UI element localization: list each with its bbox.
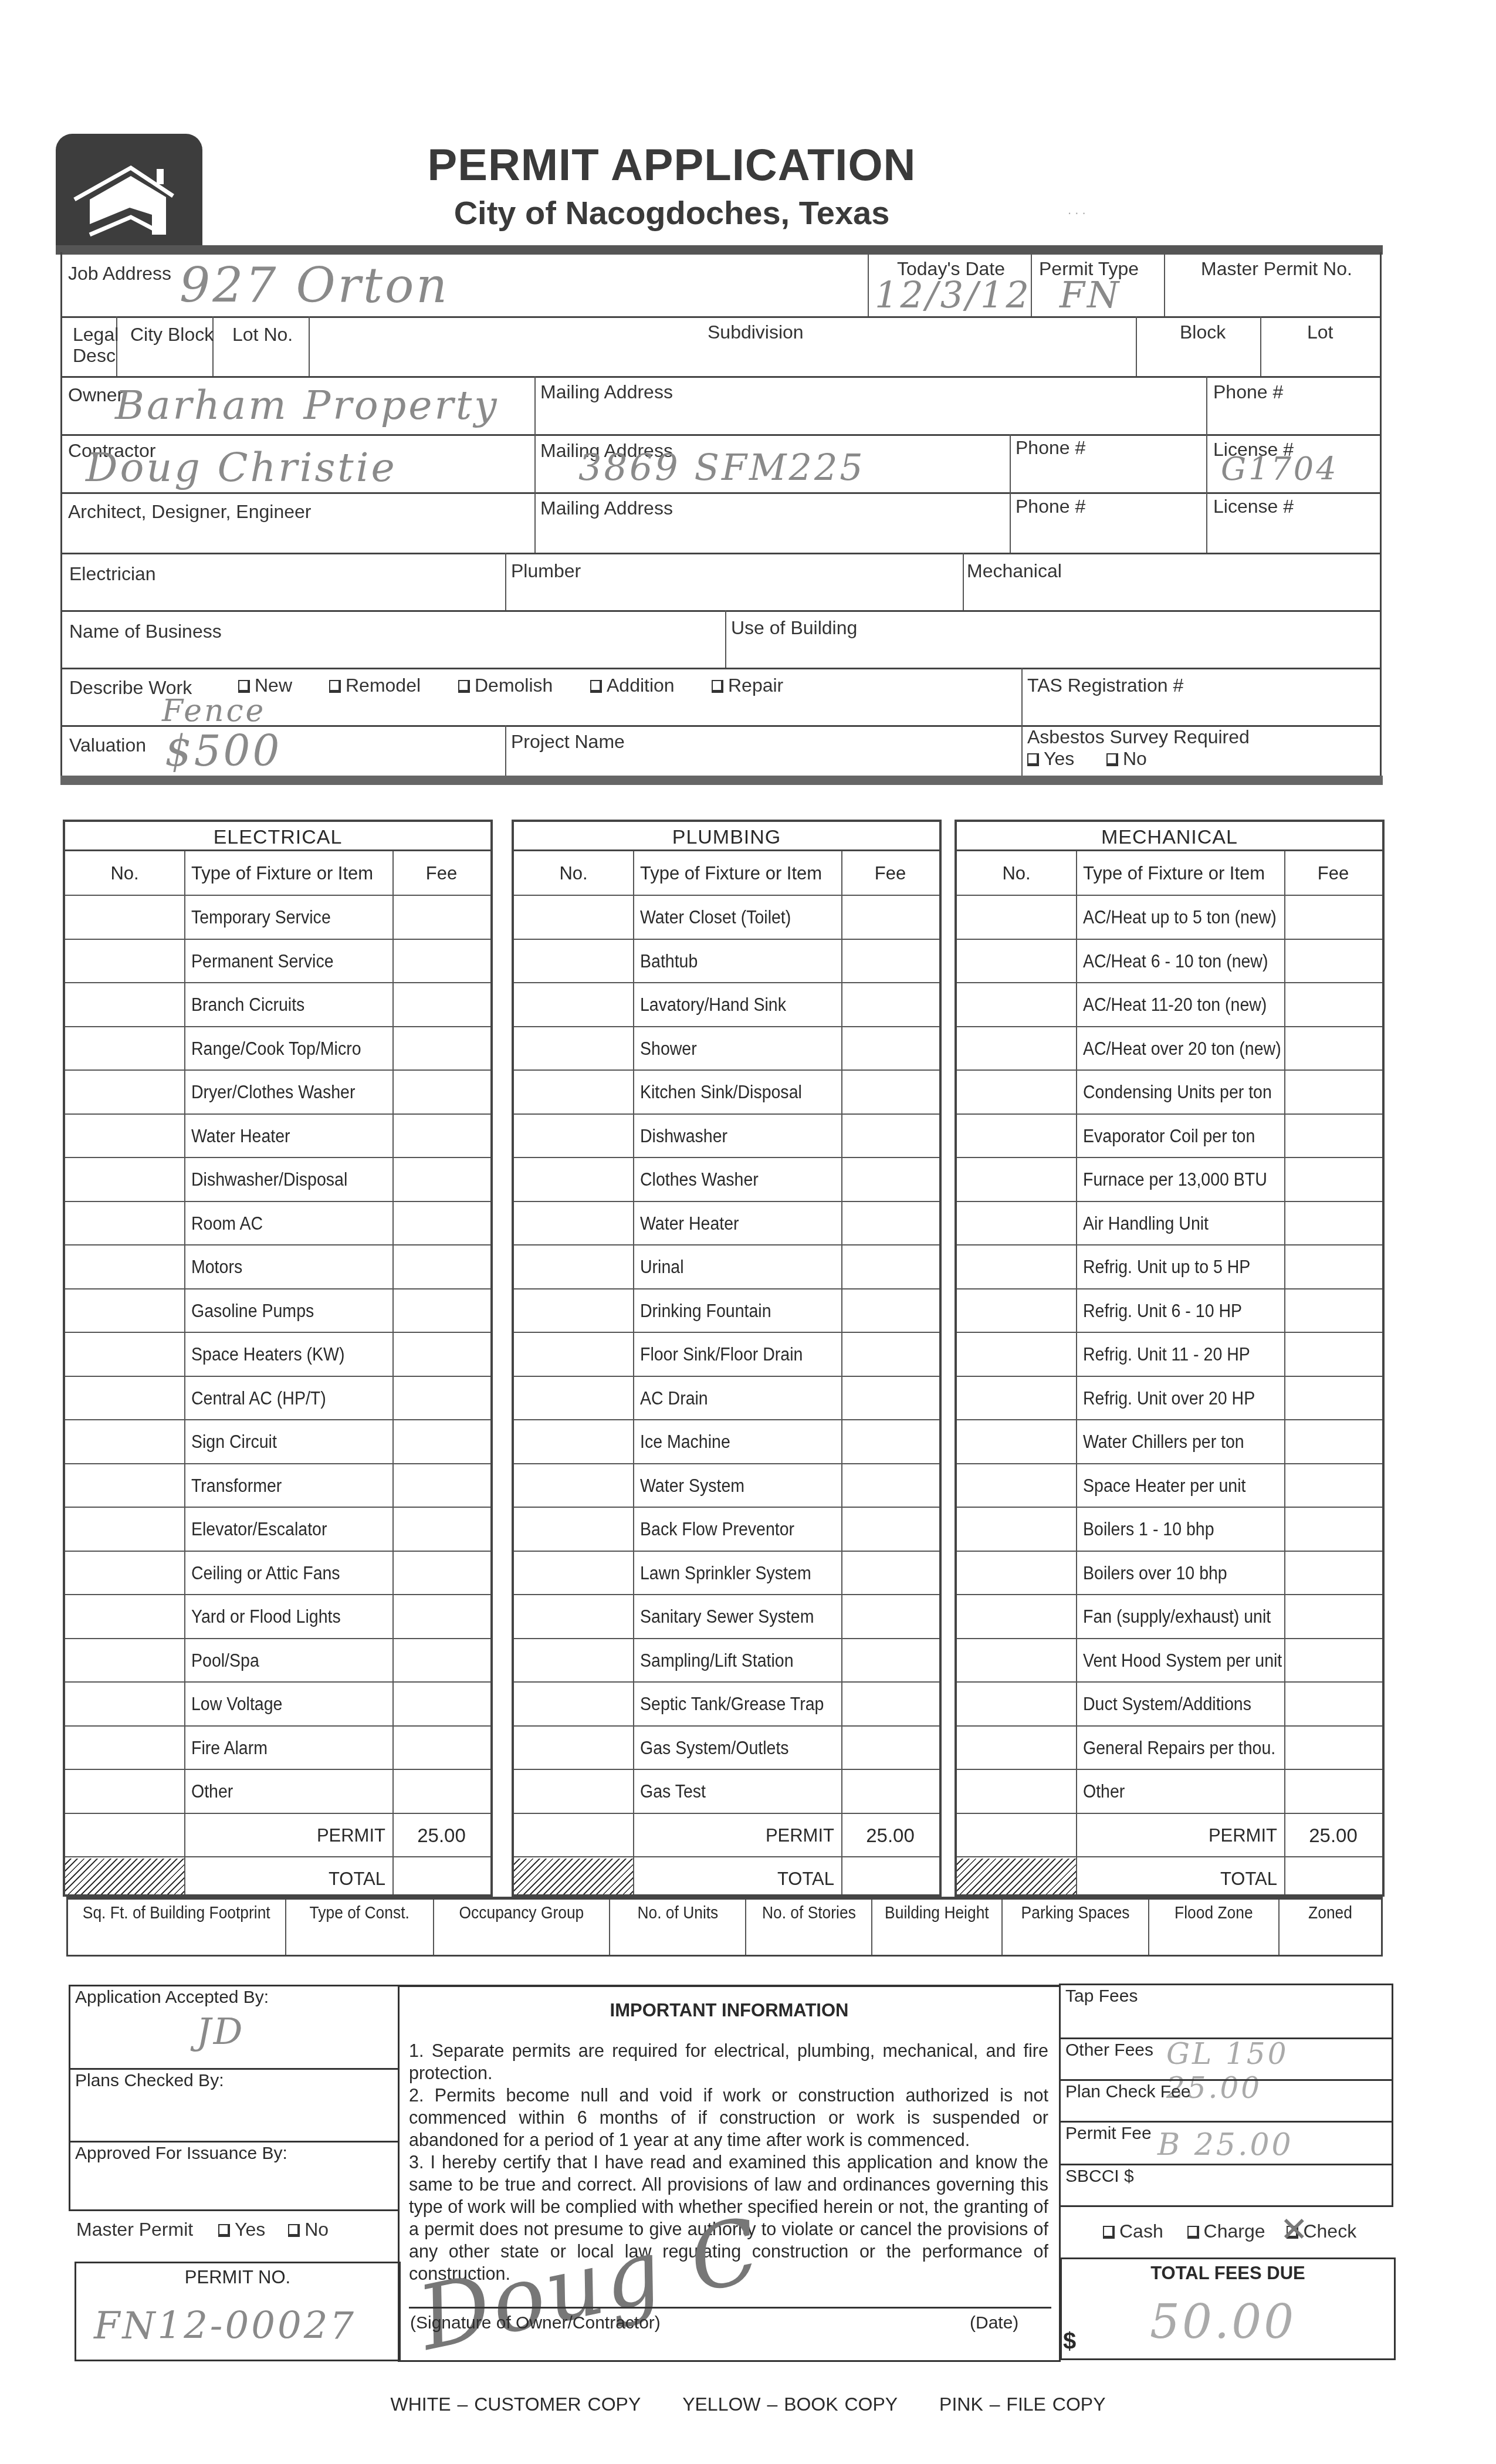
fixture-item-label: Back Flow Preventor — [640, 1508, 794, 1551]
owner-phone-label: Phone # — [1213, 381, 1283, 403]
fixture-quantity-field[interactable] — [65, 1027, 184, 1070]
fixture-quantity-field[interactable] — [65, 983, 184, 1026]
fixture-item-label: General Repairs per thou. — [1083, 1727, 1275, 1770]
fixture-fee-field[interactable] — [841, 1377, 939, 1420]
work-option-repair[interactable]: Repair — [712, 675, 783, 696]
fixture-fee-field[interactable] — [392, 1027, 490, 1070]
building-info-cell[interactable]: Occupancy Group — [434, 1900, 610, 1955]
fixture-quantity-field[interactable] — [514, 1027, 633, 1070]
fixture-fee-field[interactable] — [392, 1770, 490, 1813]
contractor-mailing-address-field[interactable]: 3869 SFM225 — [578, 446, 865, 489]
fixture-item-label: Ceiling or Attic Fans — [191, 1552, 340, 1595]
fixture-quantity-field[interactable] — [957, 1639, 1076, 1682]
fixture-fee-field[interactable] — [841, 1027, 939, 1070]
hatched-cell — [514, 1859, 633, 1894]
architect-label: Architect, Designer, Engineer — [68, 501, 311, 523]
building-info-cell[interactable]: Zoned — [1280, 1900, 1381, 1955]
permit-type-field[interactable]: FN — [1060, 273, 1121, 316]
table-row: Back Flow Preventor — [514, 1508, 939, 1552]
table-row: Sanitary Sewer System — [514, 1595, 939, 1639]
fixture-quantity-field[interactable] — [514, 983, 633, 1026]
column-divider — [841, 851, 842, 1894]
todays-date-field[interactable]: 12/3/12 — [875, 273, 1031, 316]
fixture-fee-field[interactable] — [1284, 1289, 1382, 1332]
fixture-fee-field[interactable] — [841, 1464, 939, 1507]
fixture-fee-field[interactable] — [841, 1595, 939, 1638]
table-row: Clothes Washer — [514, 1158, 939, 1202]
building-info-label: Type of Const. — [310, 1903, 409, 1923]
fixture-quantity-field[interactable] — [514, 1202, 633, 1245]
other-fees-label: Other Fees — [1065, 2040, 1153, 2060]
fixture-fee-field[interactable] — [1284, 1115, 1382, 1157]
fixture-fee-field[interactable] — [1284, 1027, 1382, 1070]
contractor-license-field[interactable]: G1704 — [1221, 451, 1339, 488]
fixture-fee-field[interactable] — [1284, 1683, 1382, 1725]
fixture-quantity-field[interactable] — [65, 1464, 184, 1507]
plan-check-fee-label: Plan Check Fee — [1065, 2082, 1190, 2102]
fixture-quantity-field[interactable] — [957, 1595, 1076, 1638]
fixture-quantity-field[interactable] — [957, 983, 1076, 1026]
permit-fee-field[interactable]: B 25.00 — [1157, 2127, 1294, 2162]
fixture-fee-field[interactable] — [392, 1639, 490, 1682]
column-divider — [1076, 851, 1077, 1894]
fixture-item-label: Clothes Washer — [640, 1158, 759, 1201]
fixture-fee-field[interactable] — [1284, 1333, 1382, 1376]
fixture-quantity-field[interactable] — [514, 1289, 633, 1332]
total-label: TOTAL — [1076, 1857, 1277, 1901]
fixture-fee-field[interactable] — [841, 1202, 939, 1245]
table-row: Air Handling Unit — [957, 1202, 1382, 1246]
fixture-quantity-field[interactable] — [957, 1245, 1076, 1288]
fixture-quantity-field[interactable] — [957, 1420, 1076, 1463]
building-info-cell[interactable]: Type of Const. — [286, 1900, 434, 1955]
fixture-fee-field[interactable] — [841, 1333, 939, 1376]
fixture-fee-field[interactable] — [392, 1202, 490, 1245]
signature-label: (Signature of Owner/Contractor) — [410, 2313, 661, 2333]
fixture-item-label: Sampling/Lift Station — [640, 1639, 794, 1683]
currency-symbol: $ — [1063, 2328, 1076, 2355]
building-info-label: Zoned — [1308, 1903, 1352, 1923]
fixture-fee-field[interactable] — [392, 1508, 490, 1551]
building-info-cell[interactable]: No. of Stories — [746, 1900, 872, 1955]
table-row: Water Heater — [514, 1202, 939, 1246]
fixture-quantity-field[interactable] — [957, 1727, 1076, 1769]
total-fees-due-label: TOTAL FEES DUE — [1062, 2263, 1394, 2284]
fixture-fee-field[interactable] — [841, 1245, 939, 1288]
fixture-quantity-field[interactable] — [514, 1158, 633, 1201]
building-info-label: No. of Stories — [762, 1903, 856, 1923]
checkbox-icon — [329, 680, 341, 693]
fixture-quantity-field[interactable] — [65, 1115, 184, 1157]
fixture-fee-field[interactable] — [392, 1333, 490, 1376]
city-logo — [56, 134, 202, 254]
fixture-quantity-field[interactable] — [957, 1158, 1076, 1201]
column-header-fee: Fee — [392, 851, 490, 896]
permit-no-field[interactable]: FN12-00027 — [94, 2304, 356, 2348]
fixture-fee-field[interactable] — [841, 1289, 939, 1332]
fixture-item-label: Branch Cicruits — [191, 983, 304, 1027]
fixture-fee-field[interactable] — [841, 1508, 939, 1551]
electrical-table: ELECTRICALNo.Type of Fixture or ItemFeeT… — [63, 820, 493, 1897]
plan-check-fee-box: Plan Check Fee — [1059, 2079, 1393, 2123]
column-header-type: Type of Fixture or Item — [1076, 851, 1284, 896]
fixture-item-label: Furnace per 13,000 BTU — [1083, 1158, 1267, 1201]
column-header-no: No. — [65, 851, 184, 896]
mechanical-table: MECHANICALNo.Type of Fixture or ItemFeeA… — [955, 820, 1385, 1897]
permit-fee-label: Permit Fee — [1065, 2124, 1152, 2144]
fixture-fee-field[interactable] — [1284, 1377, 1382, 1420]
architect-mailing-address-label: Mailing Address — [540, 497, 673, 519]
master-permit-label: Master Permit — [76, 2219, 193, 2240]
fixture-quantity-field[interactable] — [65, 1420, 184, 1463]
permit-fee-value[interactable]: 25.00 — [392, 1814, 490, 1857]
work-option-demolish[interactable]: Demolish — [458, 675, 553, 696]
fixture-fee-field[interactable] — [1284, 1508, 1382, 1551]
fixture-item-label: Refrig. Unit up to 5 HP — [1083, 1245, 1250, 1289]
fixture-fee-field[interactable] — [1284, 1202, 1382, 1245]
fixture-quantity-field[interactable] — [957, 1071, 1076, 1113]
table-row: AC/Heat 11-20 ton (new) — [957, 983, 1382, 1027]
table-row: Refrig. Unit over 20 HP — [957, 1377, 1382, 1421]
mechanical-title: MECHANICAL — [957, 822, 1382, 851]
contractor-phone-label: Phone # — [1016, 437, 1085, 459]
tap-fees-box: Tap Fees — [1059, 1984, 1393, 2039]
table-row: Bathtub — [514, 940, 939, 984]
approved-for-issuance-box: Approved For Issuance By: — [69, 2141, 400, 2211]
table-row: Low Voltage — [65, 1683, 490, 1727]
checkbox-icon — [238, 680, 250, 693]
form-divider-bar — [60, 776, 1383, 785]
architect-phone-label: Phone # — [1016, 496, 1085, 517]
table-row: Other — [65, 1770, 490, 1814]
total-label: TOTAL — [633, 1857, 834, 1901]
lot-label: Lot — [1307, 321, 1333, 343]
fixture-fee-field[interactable] — [841, 1639, 939, 1682]
fixture-fee-field[interactable] — [1284, 940, 1382, 983]
fixture-item-label: Elevator/Escalator — [191, 1508, 327, 1551]
fixture-fee-field[interactable] — [841, 1420, 939, 1463]
fixture-fee-field[interactable] — [392, 983, 490, 1026]
fixture-fee-field[interactable] — [392, 1683, 490, 1725]
job-address-label: Job Address — [68, 263, 171, 285]
sbcci-label: SBCCI $ — [1065, 2167, 1134, 2187]
fixture-fee-field[interactable] — [392, 1158, 490, 1201]
valuation-field[interactable]: $500 — [165, 726, 282, 776]
table-row: Range/Cook Top/Micro — [65, 1027, 490, 1071]
permit-label: PERMIT — [1076, 1814, 1277, 1857]
payment-method-row: Cash Charge Check — [1103, 2221, 1356, 2242]
fixture-quantity-field[interactable] — [514, 1464, 633, 1507]
fixture-quantity-field[interactable] — [514, 1333, 633, 1376]
fixture-fee-field[interactable] — [392, 1289, 490, 1332]
fixture-quantity-field[interactable] — [65, 1333, 184, 1376]
fixture-quantity-field[interactable] — [514, 896, 633, 939]
city-block-label: City Block — [130, 324, 214, 346]
fixture-quantity-field[interactable] — [65, 1552, 184, 1595]
fixture-quantity-field[interactable] — [65, 1289, 184, 1332]
table-row: Motors — [65, 1245, 490, 1289]
table-row: Boilers 1 - 10 bhp — [957, 1508, 1382, 1552]
fixture-item-label: AC/Heat over 20 ton (new) — [1083, 1027, 1281, 1071]
fixture-fee-field[interactable] — [1284, 1595, 1382, 1638]
fixture-fee-field[interactable] — [841, 1158, 939, 1201]
fixture-quantity-field[interactable] — [514, 1595, 633, 1638]
fixture-quantity-field[interactable] — [957, 940, 1076, 983]
total-fees-due-box: TOTAL FEES DUE $ 50.00 — [1060, 2257, 1396, 2360]
fixture-fee-field[interactable] — [392, 1464, 490, 1507]
fixture-quantity-field[interactable] — [957, 1683, 1076, 1725]
fixture-item-label: Refrig. Unit 11 - 20 HP — [1083, 1333, 1250, 1376]
table-row: Drinking Fountain — [514, 1289, 939, 1333]
fixture-item-label: Temporary Service — [191, 896, 331, 939]
fixture-fee-field[interactable] — [841, 983, 939, 1026]
fixture-quantity-field[interactable] — [65, 1727, 184, 1769]
fixture-fee-field[interactable] — [1284, 1727, 1382, 1769]
fixture-fee-field[interactable] — [1284, 1639, 1382, 1682]
fixture-item-label: Shower — [640, 1027, 697, 1071]
payment-check-option[interactable]: Check — [1287, 2221, 1356, 2242]
column-divider — [633, 851, 634, 1894]
mechanical-label: Mechanical — [967, 560, 1062, 582]
fixture-quantity-field[interactable] — [514, 1552, 633, 1595]
fixture-quantity-field[interactable] — [514, 940, 633, 983]
checkbox-icon — [1027, 753, 1039, 766]
master-permit-row: Master Permit Yes No — [76, 2219, 329, 2240]
fixture-quantity-field[interactable] — [514, 1115, 633, 1157]
fixture-quantity-field[interactable] — [514, 1420, 633, 1463]
fixture-fee-field[interactable] — [392, 1377, 490, 1420]
house-icon — [56, 134, 202, 254]
building-info-cell[interactable]: Sq. Ft. of Building Footprint — [68, 1900, 286, 1955]
fixture-quantity-field[interactable] — [514, 1683, 633, 1725]
electrical-title: ELECTRICAL — [65, 822, 490, 851]
fixture-item-label: Water Heater — [640, 1202, 739, 1245]
fixture-quantity-field[interactable] — [957, 1115, 1076, 1157]
fixture-item-label: Refrig. Unit over 20 HP — [1083, 1377, 1255, 1420]
subdivision-label: Subdivision — [708, 321, 804, 343]
fixture-item-label: Drinking Fountain — [640, 1289, 771, 1333]
table-row: Dishwasher — [514, 1115, 939, 1159]
fixture-quantity-field[interactable] — [65, 1071, 184, 1113]
important-information-box: IMPORTANT INFORMATION 1. Separate permit… — [398, 1985, 1061, 2362]
permit-label: PERMIT — [184, 1814, 385, 1857]
fixture-item-label: Other — [191, 1770, 233, 1813]
fixture-quantity-field[interactable] — [957, 1027, 1076, 1070]
fixture-item-label: Pool/Spa — [191, 1639, 259, 1683]
master-permit-yes-option[interactable]: Yes — [218, 2219, 265, 2240]
fixture-quantity-field[interactable] — [65, 1683, 184, 1725]
fixture-fee-field[interactable] — [392, 1595, 490, 1638]
application-accepted-label: Application Accepted By: — [75, 1988, 269, 2008]
column-header-fee: Fee — [1284, 851, 1382, 896]
fixture-quantity-field[interactable] — [957, 896, 1076, 939]
fixture-quantity-field[interactable] — [514, 1508, 633, 1551]
fixture-fee-field[interactable] — [841, 1115, 939, 1157]
fixture-item-label: Dishwasher/Disposal — [191, 1158, 347, 1201]
sbcci-box: SBCCI $ — [1059, 2164, 1393, 2207]
fixture-quantity-field[interactable] — [957, 1464, 1076, 1507]
page-title: PERMIT APPLICATION — [329, 140, 1015, 191]
fixture-fee-field[interactable] — [392, 1115, 490, 1157]
table-row: Floor Sink/Floor Drain — [514, 1333, 939, 1377]
fixture-quantity-field[interactable] — [65, 1158, 184, 1201]
total-fees-due-field[interactable]: 50.00 — [1150, 2294, 1296, 2349]
fixture-item-label: Range/Cook Top/Micro — [191, 1027, 361, 1071]
table-row: Refrig. Unit 6 - 10 HP — [957, 1289, 1382, 1333]
fixture-quantity-field[interactable] — [514, 1377, 633, 1420]
fixture-fee-field[interactable] — [392, 1245, 490, 1288]
table-row: Fire Alarm — [65, 1727, 490, 1771]
fixture-fee-field[interactable] — [392, 1552, 490, 1595]
table-row: Water Closet (Toilet) — [514, 896, 939, 940]
column-divider — [1284, 851, 1285, 1894]
fixture-fee-field[interactable] — [841, 1770, 939, 1813]
building-info-label: Building Height — [885, 1903, 989, 1923]
project-name-label: Project Name — [511, 731, 625, 753]
fixture-quantity-field[interactable] — [65, 1245, 184, 1288]
fixture-fee-field[interactable] — [392, 1727, 490, 1769]
table-row: Duct System/Additions — [957, 1683, 1382, 1727]
fixture-fee-field[interactable] — [392, 896, 490, 939]
payment-cash-option[interactable]: Cash — [1103, 2221, 1163, 2242]
fixture-fee-field[interactable] — [1284, 896, 1382, 939]
building-info-cell[interactable]: Parking Spaces — [1003, 1900, 1149, 1955]
plans-checked-label: Plans Checked By: — [75, 2071, 224, 2091]
work-option-remodel[interactable]: Remodel — [329, 675, 421, 696]
column-header-no: No. — [957, 851, 1076, 896]
fixture-quantity-field[interactable] — [957, 1333, 1076, 1376]
hatched-cell — [957, 1859, 1076, 1894]
fixture-quantity-field[interactable] — [957, 1289, 1076, 1332]
fixture-item-label: AC Drain — [640, 1377, 708, 1420]
fixture-fee-field[interactable] — [1284, 1158, 1382, 1201]
table-row: Permanent Service — [65, 940, 490, 984]
footer-yellow-copy: YELLOW – BOOK COPY — [682, 2394, 898, 2415]
fixture-fee-field[interactable] — [392, 1420, 490, 1463]
fixture-fee-field[interactable] — [841, 896, 939, 939]
fixture-quantity-field[interactable] — [514, 1071, 633, 1113]
table-row: Central AC (HP/T) — [65, 1377, 490, 1421]
fixture-quantity-field[interactable] — [957, 1202, 1076, 1245]
permit-fee-value[interactable]: 25.00 — [841, 1814, 939, 1857]
table-row: Boilers over 10 bhp — [957, 1552, 1382, 1596]
fixture-quantity-field[interactable] — [514, 1727, 633, 1769]
master-permit-no-option[interactable]: No — [288, 2219, 329, 2240]
fixture-quantity-field[interactable] — [514, 1245, 633, 1288]
building-info-cell[interactable]: Flood Zone — [1149, 1900, 1280, 1955]
fixture-quantity-field[interactable] — [957, 1552, 1076, 1595]
job-address-field[interactable]: 927 Orton — [180, 258, 449, 314]
fixture-fee-field[interactable] — [1284, 1552, 1382, 1595]
fixture-item-label: Space Heater per unit — [1083, 1464, 1245, 1508]
use-of-building-label: Use of Building — [731, 617, 857, 639]
column-header-fee: Fee — [841, 851, 939, 896]
checkbox-icon — [1187, 2226, 1199, 2239]
fixture-item-label: Boilers over 10 bhp — [1083, 1552, 1227, 1595]
fixture-fee-field[interactable] — [841, 1552, 939, 1595]
table-row: Condensing Units per ton — [957, 1071, 1382, 1115]
fixture-item-label: Kitchen Sink/Disposal — [640, 1071, 802, 1114]
table-row: Dryer/Clothes Washer — [65, 1071, 490, 1115]
column-divider — [184, 851, 185, 1894]
master-permit-no-label: Master Permit No. — [1177, 258, 1376, 280]
fixture-fee-field[interactable] — [841, 1071, 939, 1113]
fixture-item-label: Gas System/Outlets — [640, 1727, 789, 1770]
work-option-addition[interactable]: Addition — [590, 675, 675, 696]
asbestos-yes-option[interactable]: Yes — [1027, 748, 1074, 770]
owner-field[interactable]: Barham Property — [115, 383, 499, 429]
fixture-item-label: Lawn Sprinkler System — [640, 1552, 811, 1595]
application-accepted-field[interactable]: JD — [197, 2010, 245, 2053]
important-item: 1. Separate permits are required for ele… — [409, 2040, 1048, 2084]
fixture-quantity-field[interactable] — [957, 1508, 1076, 1551]
fixture-quantity-field[interactable] — [65, 1639, 184, 1682]
fixture-quantity-field[interactable] — [65, 1377, 184, 1420]
fixture-item-label: Ice Machine — [640, 1420, 730, 1464]
permit-fee-box: Permit Fee B 25.00 — [1059, 2121, 1393, 2165]
fixture-quantity-field[interactable] — [514, 1639, 633, 1682]
fixture-fee-field[interactable] — [841, 1727, 939, 1769]
fixture-quantity-field[interactable] — [514, 1770, 633, 1813]
table-row: Water Chillers per ton — [957, 1420, 1382, 1464]
fixture-fee-field[interactable] — [1284, 1420, 1382, 1463]
table-row: Gas Test — [514, 1770, 939, 1814]
page-subtitle: City of Nacogdoches, Texas — [329, 194, 1015, 232]
total-label: TOTAL — [184, 1857, 385, 1901]
table-row: General Repairs per thou. — [957, 1727, 1382, 1771]
permit-fee-value[interactable]: 25.00 — [1284, 1814, 1382, 1857]
asbestos-survey-label: Asbestos Survey Required — [1027, 726, 1250, 748]
table-row: Evaporator Coil per ton — [957, 1115, 1382, 1159]
fixture-fee-field[interactable] — [1284, 1770, 1382, 1813]
fixture-item-label: Dryer/Clothes Washer — [191, 1071, 355, 1114]
fixture-quantity-field[interactable] — [957, 1770, 1076, 1813]
fixture-quantity-field[interactable] — [65, 896, 184, 939]
contractor-field[interactable]: Doug Christie — [86, 445, 397, 491]
asbestos-no-option[interactable]: No — [1106, 748, 1147, 770]
fixture-fee-field[interactable] — [1284, 1071, 1382, 1113]
payment-charge-option[interactable]: Charge — [1187, 2221, 1265, 2242]
table-row: Kitchen Sink/Disposal — [514, 1071, 939, 1115]
fixture-item-label: AC/Heat 11-20 ton (new) — [1083, 983, 1267, 1027]
describe-work-field[interactable]: Fence — [162, 693, 266, 729]
fixture-fee-field[interactable] — [841, 1683, 939, 1725]
fixture-quantity-field[interactable] — [65, 1770, 184, 1813]
footer-white-copy: WHITE – CUSTOMER COPY — [391, 2394, 641, 2415]
fixture-quantity-field[interactable] — [65, 940, 184, 983]
fixture-fee-field[interactable] — [841, 940, 939, 983]
fixture-quantity-field[interactable] — [65, 1202, 184, 1245]
table-row: Elevator/Escalator — [65, 1508, 490, 1552]
fixture-quantity-field[interactable] — [957, 1377, 1076, 1420]
table-row: Urinal — [514, 1245, 939, 1289]
building-info-cell[interactable]: No. of Units — [610, 1900, 746, 1955]
permit-no-box: PERMIT NO. FN12-00027 — [75, 2262, 401, 2361]
fixture-item-label: Lavatory/Hand Sink — [640, 983, 786, 1027]
table-row: Ceiling or Attic Fans — [65, 1552, 490, 1596]
fixture-fee-field[interactable] — [392, 940, 490, 983]
fixture-quantity-field[interactable] — [65, 1508, 184, 1551]
fixture-fee-field[interactable] — [1284, 983, 1382, 1026]
fixture-fee-field[interactable] — [392, 1071, 490, 1113]
checkbox-icon — [1106, 753, 1118, 766]
fixture-fee-field[interactable] — [1284, 1245, 1382, 1288]
building-info-cell[interactable]: Building Height — [872, 1900, 1003, 1955]
fixture-fee-field[interactable] — [1284, 1464, 1382, 1507]
building-info-row: Sq. Ft. of Building FootprintType of Con… — [66, 1897, 1383, 1957]
fixture-item-label: Water Heater — [191, 1115, 290, 1158]
fixture-quantity-field[interactable] — [65, 1595, 184, 1638]
